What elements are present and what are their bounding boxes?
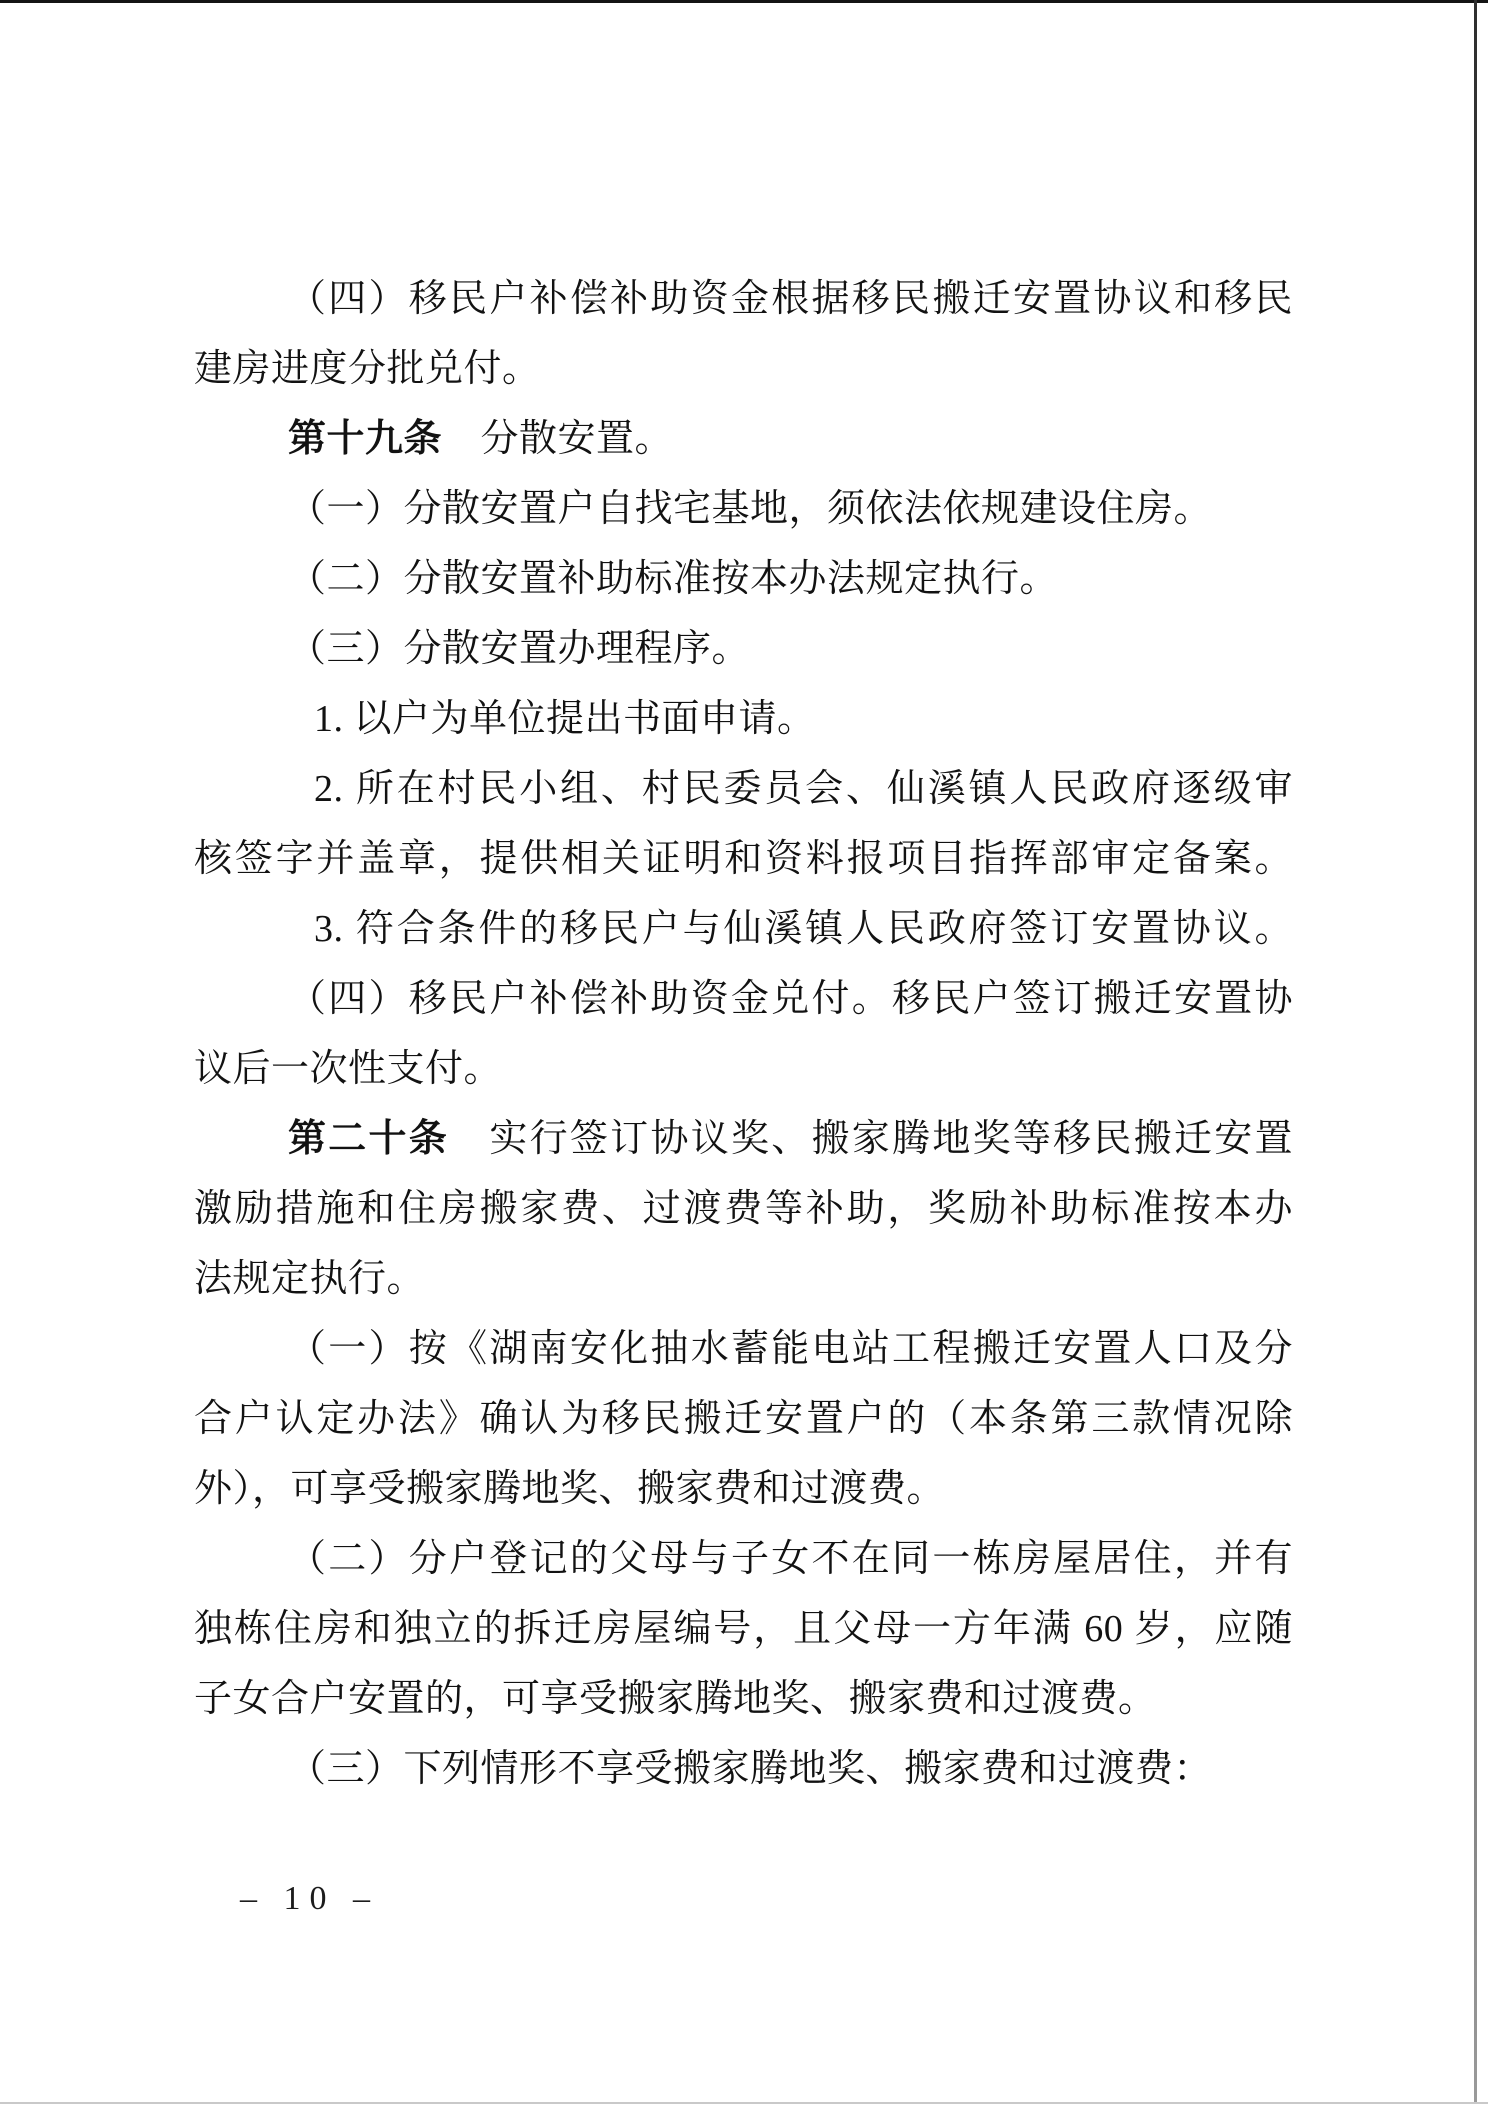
text-line: 3. 符合条件的移民户与仙溪镇人民政府签订安置协议。	[194, 894, 1293, 964]
text-run: 1. 以户为单位提出书面申请。	[314, 698, 816, 740]
text-line: 子女合户安置的，可享受搬家腾地奖、搬家费和过渡费。	[194, 1664, 1293, 1734]
text-run: 子女合户安置的，可享受搬家腾地奖、搬家费和过渡费。	[194, 1678, 1157, 1720]
text-line: 第二十条 实行签订协议奖、搬家腾地奖等移民搬迁安置	[194, 1104, 1293, 1174]
text-run: 外），可享受搬家腾地奖、搬家费和过渡费。	[194, 1468, 945, 1510]
text-line: （二）分户登记的父母与子女不在同一栋房屋居住，并有	[194, 1524, 1293, 1594]
text-run: （二）分散安置补助标准按本办法规定执行。	[288, 558, 1058, 600]
text-run: 独栋住房和独立的拆迁房屋编号，且父母一方年满 60 岁，应随	[194, 1608, 1293, 1650]
text-run: 建房进度分批兑付。	[194, 348, 541, 390]
text-run: （一）按《湖南安化抽水蓄能电站工程搬迁安置人口及分	[288, 1328, 1293, 1370]
text-run: （四）移民户补偿补助资金根据移民搬迁安置协议和移民	[288, 278, 1293, 320]
text-run: 实行签订协议奖、搬家腾地奖等移民搬迁安置	[449, 1118, 1293, 1160]
text-line: （三）分散安置办理程序。	[194, 614, 1293, 684]
text-line: 建房进度分批兑付。	[194, 334, 1293, 404]
text-line: 法规定执行。	[194, 1244, 1293, 1314]
text-run: 2. 所在村民小组、村民委员会、仙溪镇人民政府逐级审	[314, 768, 1293, 810]
document-page: （四）移民户补偿补助资金根据移民搬迁安置协议和移民建房进度分批兑付。第十九条 分…	[0, 0, 1488, 2104]
text-run: （四）移民户补偿补助资金兑付。移民户签订搬迁安置协	[288, 978, 1293, 1020]
text-line: 第十九条 分散安置。	[194, 404, 1293, 474]
text-line: （二）分散安置补助标准按本办法规定执行。	[194, 544, 1293, 614]
text-run: 法规定执行。	[194, 1258, 425, 1300]
article-heading: 第二十条	[288, 1118, 449, 1160]
text-line: （一）分散安置户自找宅基地，须依法依规建设住房。	[194, 474, 1293, 544]
text-run: 分散安置。	[442, 418, 673, 460]
article-heading: 第十九条	[288, 418, 442, 460]
text-line: 激励措施和住房搬家费、过渡费等补助，奖励补助标准按本办	[194, 1174, 1293, 1244]
text-line: （四）移民户补偿补助资金兑付。移民户签订搬迁安置协	[194, 964, 1293, 1034]
text-line: 2. 所在村民小组、村民委员会、仙溪镇人民政府逐级审	[194, 754, 1293, 824]
text-run: 3. 符合条件的移民户与仙溪镇人民政府签订安置协议。	[314, 908, 1293, 950]
text-line: （一）按《湖南安化抽水蓄能电站工程搬迁安置人口及分	[194, 1314, 1293, 1384]
page-edge-right	[1474, 0, 1477, 2104]
text-line: 议后一次性支付。	[194, 1034, 1293, 1104]
text-line: （三）下列情形不享受搬家腾地奖、搬家费和过渡费：	[194, 1734, 1293, 1804]
document-body: （四）移民户补偿补助资金根据移民搬迁安置协议和移民建房进度分批兑付。第十九条 分…	[194, 264, 1293, 1804]
text-line: 核签字并盖章，提供相关证明和资料报项目指挥部审定备案。	[194, 824, 1293, 894]
page-edge-top	[0, 0, 1488, 3]
text-run: 合户认定办法》确认为移民搬迁安置户的（本条第三款情况除	[194, 1398, 1293, 1440]
text-line: 外），可享受搬家腾地奖、搬家费和过渡费。	[194, 1454, 1293, 1524]
text-run: （二）分户登记的父母与子女不在同一栋房屋居住，并有	[288, 1538, 1293, 1580]
page-number: – 10 –	[240, 1880, 379, 1918]
text-run: （三）分散安置办理程序。	[288, 628, 750, 670]
text-run: 激励措施和住房搬家费、过渡费等补助，奖励补助标准按本办	[194, 1188, 1293, 1230]
text-run: 议后一次性支付。	[194, 1048, 502, 1090]
text-line: （四）移民户补偿补助资金根据移民搬迁安置协议和移民	[194, 264, 1293, 334]
text-run: 核签字并盖章，提供相关证明和资料报项目指挥部审定备案。	[194, 838, 1293, 880]
text-line: 独栋住房和独立的拆迁房屋编号，且父母一方年满 60 岁，应随	[194, 1594, 1293, 1664]
text-run: （三）下列情形不享受搬家腾地奖、搬家费和过渡费：	[288, 1748, 1212, 1790]
text-line: 合户认定办法》确认为移民搬迁安置户的（本条第三款情况除	[194, 1384, 1293, 1454]
text-line: 1. 以户为单位提出书面申请。	[194, 684, 1293, 754]
text-run: （一）分散安置户自找宅基地，须依法依规建设住房。	[288, 488, 1212, 530]
